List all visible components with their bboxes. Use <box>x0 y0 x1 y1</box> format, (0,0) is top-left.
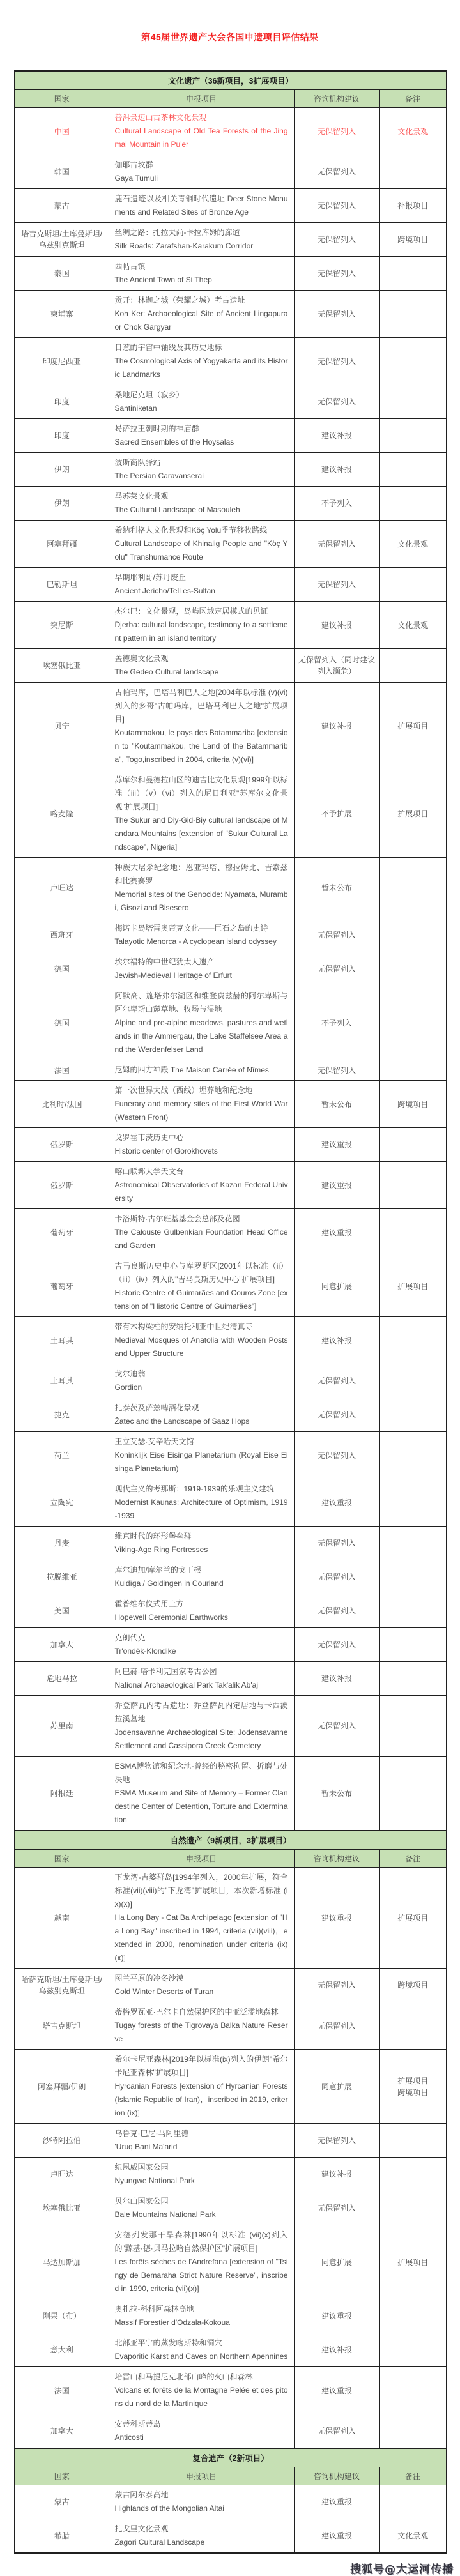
country-cell: 越南 <box>15 1868 109 1969</box>
remark-cell: 文化景观 <box>379 602 447 649</box>
project-line: 曷萨拉王朝时期的神庙群 <box>115 422 288 436</box>
project-line: 维京时代的环形堡垒群 <box>115 1530 288 1543</box>
remark-cell: 跨境项目 <box>379 1081 447 1128</box>
country-cell: 哈萨克斯坦/土库曼斯坦/乌兹别克斯坦 <box>15 1969 109 2002</box>
table-row: 德国 埃尔福特的中世纪犹太人遗产Jewish-Medieval Heritage… <box>15 952 447 986</box>
project-cell: 带有木构梁柱的安纳托利亚中世纪清真寺Medieval Mosques of An… <box>109 1317 294 1364</box>
remark-cell <box>379 2191 447 2225</box>
table-row: 埃塞俄比亚 贝尔山国家公园Bale Mountains National Par… <box>15 2191 447 2225</box>
remark-cell <box>379 1560 447 1594</box>
recommendation-cell: 建议重报 <box>294 1209 379 1256</box>
table-row: 泰国 西帖古镇The Ancient Town of Si Thep 无保留列入 <box>15 257 447 291</box>
country-cell: 柬埔寨 <box>15 291 109 338</box>
recommendation-cell: 无保留列入 <box>294 2191 379 2225</box>
project-line: 蒙古阿尔泰高地 <box>115 2488 288 2502</box>
country-cell: 加拿大 <box>15 2414 109 2449</box>
table-row: 俄罗斯 戈罗霍韦茨历史中心Historic center of Gorokhov… <box>15 1128 447 1162</box>
project-line: Ha Long Bay - Cat Ba Archipelago [extens… <box>115 1911 288 1965</box>
project-line: Tr'ondëk-Klondike <box>115 1645 288 1658</box>
page-title: 第45届世界遗产大会各国申遗项目评估结果 <box>0 31 460 43</box>
project-line: 马苏莱文化景观 <box>115 490 288 503</box>
project-line: Alpine and pre-alpine meadows, pastures … <box>115 1016 288 1056</box>
project-cell: 普洱景迈山古茶林文化景观Cultural Landscape of Old Te… <box>109 108 294 155</box>
table-row: 苏里南 乔登萨瓦内考古遗址：乔登萨瓦内定居地与卡西波拉溪墓地Jodensavan… <box>15 1696 447 1757</box>
remark-cell <box>379 952 447 986</box>
country-cell: 印度尼西亚 <box>15 338 109 385</box>
table-row: 蒙古 鹿石遗迹以及相关青铜时代遗址 Deer Stone Monuments a… <box>15 189 447 223</box>
project-line: 带有木构梁柱的安纳托利亚中世纪清真寺 <box>115 1320 288 1334</box>
project-line: Medieval Mosques of Anatolia with Wooden… <box>115 1334 288 1360</box>
table-row: 印度 桑地尼克坦（寂乡）Santiniketan 无保留列入 <box>15 385 447 419</box>
project-cell: 乌鲁克·巴尼·马阿里德'Uruq Bani Ma'arid <box>109 2124 294 2158</box>
table-row: 蒙古 蒙古阿尔泰高地Highlands of the Mongolian Alt… <box>15 2485 447 2519</box>
table-row: 葡萄牙 吉马良斯历史中心与库罗斯区[2001年以标准（ii）（iii）（iv）列… <box>15 1256 447 1317</box>
project-cell: 希尔卡尼亚森林[2019年以标准(ix)列入的伊朗"希尔卡尼亚森林"扩展项目]H… <box>109 2050 294 2124</box>
country-cell: 马达加斯加 <box>15 2225 109 2299</box>
recommendation-cell: 同意扩展 <box>294 1256 379 1317</box>
country-cell: 苏里南 <box>15 1696 109 1757</box>
recommendation-cell: 无保留列入 <box>294 568 379 602</box>
project-line: 桑地尼克坦（寂乡） <box>115 388 288 402</box>
project-line: Zagori Cultural Landscape <box>115 2536 288 2549</box>
project-line: Funerary and memory sites of the First W… <box>115 1097 288 1124</box>
table-row: 贝宁 古帕玛库，巴塔马利巴人之地[2004年以标准 (v)(vi)列入的多哥"古… <box>15 683 447 770</box>
recommendation-cell: 同意扩展 <box>294 2050 379 2124</box>
project-line: 杰尔巴：文化景观，岛屿区域定居模式的见证 <box>115 605 288 618</box>
recommendation-cell: 无保留列入 <box>294 1594 379 1628</box>
project-line: 希纳利格人文化景观和Köç Yolu季节移牧路线 <box>115 524 288 537</box>
project-cell: 王立艾瑟·艾辛哈天文馆Koninklijk Eise Eisinga Plane… <box>109 1432 294 1479</box>
table-row: 埃塞俄比亚 盖德奥文化景观The Gedeo Cultural landscap… <box>15 649 447 683</box>
table-row: 阿根廷 ESMA博物馆和纪念地-曾经的秘密拘留、折磨与处决地ESMA Museu… <box>15 1757 447 1831</box>
col-header-remark: 备注 <box>379 1850 447 1868</box>
project-line: 下龙湾-吉婆群岛[1994年列入，2000年扩展，符合标准(vii)(viii)… <box>115 1871 288 1911</box>
country-cell: 中国 <box>15 108 109 155</box>
remark-cell: 扩展项目 <box>379 683 447 770</box>
project-cell: 霍普维尔仪式用土方Hopewell Ceremonial Earthworks <box>109 1594 294 1628</box>
project-cell: 吉马良斯历史中心与库罗斯区[2001年以标准（ii）（iii）（iv）列入的"吉… <box>109 1256 294 1317</box>
remark-cell: 跨境项目 <box>379 223 447 257</box>
project-cell: 奥扎拉-科科阿森林高地Massif Forestier d'Odzala-Kok… <box>109 2299 294 2333</box>
project-line: Jodensavanne Archaeological Site: Jodens… <box>115 1726 288 1753</box>
project-line: Bale Mountains National Park <box>115 2208 288 2222</box>
remark-cell: 扩展项目 <box>379 1256 447 1317</box>
remark-cell <box>379 2299 447 2333</box>
remark-cell <box>379 1628 447 1662</box>
project-cell: 喀山联邦大学天文台Astronomical Observatories of K… <box>109 1162 294 1209</box>
section-title: 文化遗产（36新项目，3扩展项目） <box>15 71 447 90</box>
project-line: Silk Roads: Zarafshan-Karakum Corridor <box>115 240 288 253</box>
recommendation-cell: 无保留列入 <box>294 1364 379 1398</box>
project-line: Astronomical Observatories of Kazan Fede… <box>115 1178 288 1205</box>
project-line: Koninklijk Eise Eisinga Planetarium (Roy… <box>115 1449 288 1475</box>
project-line: 卡洛斯特·古尔班基基金会总部及花园 <box>115 1212 288 1226</box>
recommendation-cell: 无保留列入 <box>294 952 379 986</box>
country-cell: 蒙古 <box>15 189 109 223</box>
recommendation-cell: 无保留列入 <box>294 1560 379 1594</box>
country-cell: 丹麦 <box>15 1527 109 1560</box>
country-cell: 印度 <box>15 385 109 419</box>
project-line: 戈罗霍韦茨历史中心 <box>115 1131 288 1145</box>
project-cell: 西帖古镇The Ancient Town of Si Thep <box>109 257 294 291</box>
country-cell: 立陶宛 <box>15 1479 109 1527</box>
remark-cell: 扩展项目 跨境项目 <box>379 2050 447 2124</box>
project-line: 乌鲁克·巴尼·马阿里德 <box>115 2127 288 2140</box>
project-cell: 种族大屠杀纪念地：恩亚玛塔、穆拉姆比、吉索兹和比赛赛罗Memorial site… <box>109 858 294 918</box>
country-cell: 法国 <box>15 1060 109 1081</box>
recommendation-cell: 无保留列入 <box>294 338 379 385</box>
project-line: ESMA Museum and Site of Memory – Former … <box>115 1787 288 1827</box>
col-header-recommendation: 咨询机构建议 <box>294 90 379 108</box>
table-row: 丹麦 维京时代的环形堡垒群Viking-Age Ring Fortresses … <box>15 1527 447 1560</box>
remark-cell <box>379 2002 447 2050</box>
project-line: 克朗代克 <box>115 1631 288 1645</box>
project-line: Anticosti <box>115 2431 288 2444</box>
country-cell: 塔吉克斯坦/土库曼斯坦/乌兹别克斯坦 <box>15 223 109 257</box>
project-cell: 安蒂科斯蒂岛Anticosti <box>109 2414 294 2449</box>
table-row: 土耳其 戈尔迪翁Gordion 无保留列入 <box>15 1364 447 1398</box>
remark-cell <box>379 1364 447 1398</box>
col-header-project: 申报项目 <box>109 2467 294 2485</box>
project-line: 'Uruq Bani Ma'arid <box>115 2140 288 2154</box>
table-row: 葡萄牙 卡洛斯特·古尔班基基金会总部及花园The Calouste Gulben… <box>15 1209 447 1256</box>
remark-cell <box>379 487 447 521</box>
remark-cell <box>379 419 447 453</box>
project-line: Žatec and the Landscape of Saaz Hops <box>115 1415 288 1428</box>
country-cell: 塔吉克斯坦 <box>15 2002 109 2050</box>
project-cell: 丝绸之路：扎拉夫尚-卡拉库姆的廊道Silk Roads: Zarafshan-K… <box>109 223 294 257</box>
table-row: 塔吉克斯坦 蒂格罗瓦亚·巴尔卡自然保护区的中亚泛滥地森林Tugay forest… <box>15 2002 447 2050</box>
country-cell: 阿根廷 <box>15 1757 109 1831</box>
remark-cell: 补报项目 <box>379 189 447 223</box>
remark-cell: 扩展项目 <box>379 1868 447 1969</box>
project-line: 贝尔山国家公园 <box>115 2195 288 2208</box>
recommendation-cell: 无保留列入 <box>294 1969 379 2002</box>
project-line: 扎泰茨及萨兹啤酒花景观 <box>115 1401 288 1415</box>
section-title: 自然遗产（9新项目，3扩展项目） <box>15 1831 447 1850</box>
recommendation-cell: 暂未公布 <box>294 1757 379 1831</box>
recommendation-cell: 建议补报 <box>294 2158 379 2191</box>
project-line: 霍普维尔仪式用土方 <box>115 1597 288 1611</box>
remark-cell <box>379 291 447 338</box>
table-row: 阿塞拜疆 希纳利格人文化景观和Köç Yolu季节移牧路线Cultural La… <box>15 521 447 568</box>
country-cell: 西班牙 <box>15 918 109 952</box>
country-cell: 法国 <box>15 2367 109 2414</box>
table-row: 韩国 伽耶古坟群Gaya Tumuli 无保留列入 <box>15 155 447 189</box>
project-line: Gordion <box>115 1381 288 1394</box>
project-cell: 杰尔巴：文化景观，岛屿区域定居模式的见证Djerba: cultural lan… <box>109 602 294 649</box>
project-line: Hyrcanian Forests [extension of Hyrcania… <box>115 2080 288 2120</box>
recommendation-cell: 建议重报 <box>294 2299 379 2333</box>
project-line: Historic center of Gorokhovets <box>115 1145 288 1158</box>
remark-cell <box>379 2158 447 2191</box>
country-cell: 沙特阿拉伯 <box>15 2124 109 2158</box>
project-line: 阿默高、施塔弗尔湖区和维登费兹赫的阿尔卑斯与阿尔卑斯山麓草地、牧场与湿地 <box>115 989 288 1016</box>
watermark: 搜狐号@大运河传播 <box>350 2560 454 2576</box>
project-line: 纽恩威国家公园 <box>115 2161 288 2174</box>
project-cell: 北部亚平宁的蒸发喀斯特和洞穴Evaporitic Karst and Caves… <box>109 2333 294 2367</box>
col-header-recommendation: 咨询机构建议 <box>294 2467 379 2485</box>
project-line: 盖德奥文化景观 <box>115 652 288 666</box>
recommendation-cell: 无保留列入 <box>294 385 379 419</box>
project-line: Evaporitic Karst and Caves on Northern A… <box>115 2350 288 2363</box>
table-row: 捷克 扎泰茨及萨兹啤酒花景观Žatec and the Landscape of… <box>15 1398 447 1432</box>
recommendation-cell: 无保留列入 <box>294 521 379 568</box>
project-line: Talayotic Menorca - A cyclopean island o… <box>115 935 288 949</box>
table-row: 刚果（布） 奥扎拉-科科阿森林高地Massif Forestier d'Odza… <box>15 2299 447 2333</box>
remark-cell <box>379 2124 447 2158</box>
recommendation-cell: 建议补报 <box>294 602 379 649</box>
country-cell: 葡萄牙 <box>15 1256 109 1317</box>
country-cell: 刚果（布） <box>15 2299 109 2333</box>
project-cell: 贝尔山国家公园Bale Mountains National Park <box>109 2191 294 2225</box>
table-row: 意大利 北部亚平宁的蒸发喀斯特和洞穴Evaporitic Karst and C… <box>15 2333 447 2367</box>
project-line: Modernist Kaunas: Architecture of Optimi… <box>115 1496 288 1523</box>
project-line: Ancient Jericho/Tell es-Sultan <box>115 584 288 598</box>
table-row: 卢旺达 纽恩威国家公园Nyungwe National Park 建议补报 <box>15 2158 447 2191</box>
table-row: 阿塞拜疆/伊朗 希尔卡尼亚森林[2019年以标准(ix)列入的伊朗"希尔卡尼亚森… <box>15 2050 447 2124</box>
project-line: 现代主义的考那斯：1919-1939的乐观主义建筑 <box>115 1482 288 1496</box>
table-row: 加拿大 安蒂科斯蒂岛Anticosti 无保留列入 <box>15 2414 447 2449</box>
country-cell: 德国 <box>15 986 109 1060</box>
remark-cell <box>379 257 447 291</box>
country-cell: 蒙古 <box>15 2485 109 2519</box>
remark-cell <box>379 2414 447 2449</box>
recommendation-cell: 无保留列入 <box>294 155 379 189</box>
remark-cell: 文化景观 <box>379 521 447 568</box>
project-cell: 蒙古阿尔泰高地Highlands of the Mongolian Altai <box>109 2485 294 2519</box>
country-cell: 美国 <box>15 1594 109 1628</box>
project-line: Koh Ker: Archaeological Site of Ancient … <box>115 307 288 334</box>
project-line: 库尔迪加/库尔兰的戈丁根 <box>115 1564 288 1577</box>
recommendation-cell: 无保留列入（同时建议列入濒危） <box>294 649 379 683</box>
project-line: 安德列发那干旱森林[1990年以标准 (vii)(x)列入的"黥基·德·贝马拉哈… <box>115 2229 288 2255</box>
project-line: Hopewell Ceremonial Earthworks <box>115 1611 288 1624</box>
recommendation-cell: 建议重报 <box>294 2485 379 2519</box>
recommendation-cell: 无保留列入 <box>294 1398 379 1432</box>
col-header-country: 国家 <box>15 2467 109 2485</box>
project-line: 普洱景迈山古茶林文化景观 <box>115 111 288 125</box>
project-line: 丝绸之路：扎拉夫尚-卡拉库姆的廊道 <box>115 226 288 240</box>
remark-cell <box>379 2367 447 2414</box>
project-cell: 维京时代的环形堡垒群Viking-Age Ring Fortresses <box>109 1527 294 1560</box>
project-cell: 埃尔福特的中世纪犹太人遗产Jewish-Medieval Heritage of… <box>109 952 294 986</box>
project-cell: 尼姆的四方神殿 The Maison Carrée of Nîmes <box>109 1060 294 1081</box>
project-line: 日惹的宇宙中轴线及其历史地标 <box>115 341 288 354</box>
project-line: Cultural Landscape of Old Tea Forests of… <box>115 125 288 151</box>
remark-cell <box>379 1060 447 1081</box>
project-cell: 阿默高、施塔弗尔湖区和维登费兹赫的阿尔卑斯与阿尔卑斯山麓草地、牧场与湿地Alpi… <box>109 986 294 1060</box>
col-header-recommendation: 咨询机构建议 <box>294 1850 379 1868</box>
project-cell: 阿巴赫·塔卡利克国家考古公园National Archaeological Pa… <box>109 1662 294 1696</box>
project-line: Koutammakou, le pays des Batammariba [ex… <box>115 726 288 766</box>
recommendation-cell: 建议补报 <box>294 683 379 770</box>
country-cell: 俄罗斯 <box>15 1162 109 1209</box>
project-line: 鹿石遗迹以及相关青铜时代遗址 Deer Stone Monuments and … <box>115 192 288 219</box>
column-header-row: 国家 申报项目 咨询机构建议 备注 <box>15 2467 447 2485</box>
project-line: 图兰平原的冷冬沙漠 <box>115 1972 288 1985</box>
project-cell: 戈罗霍韦茨历史中心Historic center of Gorokhovets <box>109 1128 294 1162</box>
section-header-row: 复合遗产（2新项目） <box>15 2448 447 2467</box>
table-row: 美国 霍普维尔仪式用土方Hopewell Ceremonial Earthwor… <box>15 1594 447 1628</box>
remark-cell <box>379 1317 447 1364</box>
project-cell: 苏库尔和曼德拉山区的迪吉比文化景观[1999年以标准（iii）（v）（vi）列入… <box>109 770 294 858</box>
table-row: 印度 曷萨拉王朝时期的神庙群Sacred Ensembles of the Ho… <box>15 419 447 453</box>
project-line: Tugay forests of the Tigrovaya Balka Nat… <box>115 2019 288 2046</box>
table-row: 卢旺达 种族大屠杀纪念地：恩亚玛塔、穆拉姆比、吉索兹和比赛赛罗Memorial … <box>15 858 447 918</box>
project-cell: 曷萨拉王朝时期的神庙群Sacred Ensembles of the Hoysa… <box>109 419 294 453</box>
heritage-table-body: 文化遗产（36新项目，3扩展项目） 国家 申报项目 咨询机构建议 备注 中国 普… <box>15 71 447 2553</box>
table-row: 荷兰 王立艾瑟·艾辛哈天文馆Koninklijk Eise Eisinga Pl… <box>15 1432 447 1479</box>
project-line: The Calouste Gulbenkian Foundation Head … <box>115 1226 288 1253</box>
remark-cell <box>379 918 447 952</box>
country-cell: 俄罗斯 <box>15 1128 109 1162</box>
project-line: 尼姆的四方神殿 The Maison Carrée of Nîmes <box>115 1063 288 1077</box>
project-line: The Ancient Town of Si Thep <box>115 273 288 287</box>
table-row: 喀麦隆 苏库尔和曼德拉山区的迪吉比文化景观[1999年以标准（iii）（v）（v… <box>15 770 447 858</box>
project-line: National Archaeological Park Tak'alik Ab… <box>115 1679 288 1692</box>
project-line: 苏库尔和曼德拉山区的迪吉比文化景观[1999年以标准（iii）（v）（vi）列入… <box>115 774 288 814</box>
remark-cell: 文化景观 <box>379 2519 447 2554</box>
project-line: The Cultural Landscape of Masouleh <box>115 503 288 517</box>
project-line: Les forêts sèches de l'Andrefana [extens… <box>115 2255 288 2296</box>
project-cell: 波斯商队驿站The Persian Caravanserai <box>109 453 294 487</box>
table-row: 西班牙 梅诺卡岛塔雷奥帝克文化——巨石之岛的史诗Talayotic Menorc… <box>15 918 447 952</box>
table-row: 中国 普洱景迈山古茶林文化景观Cultural Landscape of Old… <box>15 108 447 155</box>
country-cell: 阿塞拜疆/伊朗 <box>15 2050 109 2124</box>
country-cell: 意大利 <box>15 2333 109 2367</box>
country-cell: 希腊 <box>15 2519 109 2554</box>
project-cell: 希纳利格人文化景观和Köç Yolu季节移牧路线Cultural Landsca… <box>109 521 294 568</box>
recommendation-cell: 无保留列入 <box>294 2002 379 2050</box>
recommendation-cell: 建议重报 <box>294 2519 379 2554</box>
recommendation-cell: 无保留列入 <box>294 189 379 223</box>
remark-cell <box>379 155 447 189</box>
remark-cell <box>379 1662 447 1696</box>
project-line: 阿巴赫·塔卡利克国家考古公园 <box>115 1665 288 1679</box>
project-cell: 扎泰茨及萨兹啤酒花景观Žatec and the Landscape of Sa… <box>109 1398 294 1432</box>
remark-cell <box>379 568 447 602</box>
project-cell: 戈尔迪翁Gordion <box>109 1364 294 1398</box>
country-cell: 土耳其 <box>15 1364 109 1398</box>
project-line: The Sukur and Diy-Gid-Biy cultural lands… <box>115 814 288 854</box>
project-line: 西帖古镇 <box>115 260 288 273</box>
project-line: 安蒂科斯蒂岛 <box>115 2418 288 2431</box>
table-row: 危地马拉 阿巴赫·塔卡利克国家考古公园National Archaeologic… <box>15 1662 447 1696</box>
recommendation-cell: 不予扩展 <box>294 770 379 858</box>
project-cell: 伽耶古坟群Gaya Tumuli <box>109 155 294 189</box>
section-header-row: 文化遗产（36新项目，3扩展项目） <box>15 71 447 90</box>
project-line: 贡开：林迦之城（荣耀之城）考古遗址 <box>115 294 288 307</box>
country-cell: 贝宁 <box>15 683 109 770</box>
table-row: 立陶宛 现代主义的考那斯：1919-1939的乐观主义建筑Modernist K… <box>15 1479 447 1527</box>
remark-cell <box>379 1209 447 1256</box>
recommendation-cell: 建议重报 <box>294 1868 379 1969</box>
project-cell: 下龙湾-吉婆群岛[1994年列入，2000年扩展，符合标准(vii)(viii)… <box>109 1868 294 1969</box>
col-header-project: 申报项目 <box>109 1850 294 1868</box>
project-cell: 现代主义的考那斯：1919-1939的乐观主义建筑Modernist Kauna… <box>109 1479 294 1527</box>
project-line: The Gedeo Cultural landscape <box>115 666 288 679</box>
project-cell: 卡洛斯特·古尔班基基金会总部及花园The Calouste Gulbenkian… <box>109 1209 294 1256</box>
project-line: 古帕玛库，巴塔马利巴人之地[2004年以标准 (v)(vi)列入的多哥"古帕玛库… <box>115 686 288 726</box>
project-line: The Persian Caravanserai <box>115 469 288 483</box>
project-line: 北部亚平宁的蒸发喀斯特和洞穴 <box>115 2336 288 2350</box>
col-header-country: 国家 <box>15 90 109 108</box>
country-cell: 荷兰 <box>15 1432 109 1479</box>
recommendation-cell: 不予列入 <box>294 487 379 521</box>
project-line: 希尔卡尼亚森林[2019年以标准(ix)列入的伊朗"希尔卡尼亚森林"扩展项目] <box>115 2053 288 2080</box>
remark-cell <box>379 2485 447 2519</box>
project-line: 蒂格罗瓦亚·巴尔卡自然保护区的中亚泛滥地森林 <box>115 2006 288 2019</box>
project-line: 乔登萨瓦内考古遗址：乔登萨瓦内定居地与卡西波拉溪墓地 <box>115 1699 288 1726</box>
project-cell: 日惹的宇宙中轴线及其历史地标The Cosmological Axis of Y… <box>109 338 294 385</box>
remark-cell: 跨境项目 <box>379 1969 447 2002</box>
project-line: Kuldīga / Goldingen in Courland <box>115 1577 288 1590</box>
table-row: 法国 培雷山和马提尼克北部山峰的火山和森林Volcans et forêts d… <box>15 2367 447 2414</box>
country-cell: 泰国 <box>15 257 109 291</box>
recommendation-cell: 无保留列入 <box>294 1060 379 1081</box>
table-row: 德国 阿默高、施塔弗尔湖区和维登费兹赫的阿尔卑斯与阿尔卑斯山麓草地、牧场与湿地A… <box>15 986 447 1060</box>
remark-cell <box>379 385 447 419</box>
table-row: 加拿大 克朗代克Tr'ondëk-Klondike 无保留列入 <box>15 1628 447 1662</box>
remark-cell <box>379 1594 447 1628</box>
remark-cell <box>379 649 447 683</box>
remark-cell: 扩展项目 <box>379 770 447 858</box>
remark-cell <box>379 1757 447 1831</box>
recommendation-cell: 无保留列入 <box>294 1527 379 1560</box>
remark-cell <box>379 338 447 385</box>
project-cell: 梅诺卡岛塔雷奥帝克文化——巨石之岛的史诗Talayotic Menorca - … <box>109 918 294 952</box>
column-header-row: 国家 申报项目 咨询机构建议 备注 <box>15 1850 447 1868</box>
page: 第45届世界遗产大会各国申遗项目评估结果 文化遗产（36新项目，3扩展项目） 国… <box>0 0 460 2554</box>
remark-cell <box>379 1432 447 1479</box>
project-cell: 贡开：林迦之城（荣耀之城）考古遗址Koh Ker: Archaeological… <box>109 291 294 338</box>
project-cell: 安德列发那干旱森林[1990年以标准 (vii)(x)列入的"黥基·德·贝马拉哈… <box>109 2225 294 2299</box>
country-cell: 卢旺达 <box>15 2158 109 2191</box>
recommendation-cell: 建议重报 <box>294 2367 379 2414</box>
section-title: 复合遗产（2新项目） <box>15 2448 447 2467</box>
table-row: 土耳其 带有木构梁柱的安纳托利亚中世纪清真寺Medieval Mosques o… <box>15 1317 447 1364</box>
project-line: 奥扎拉-科科阿森林高地 <box>115 2303 288 2316</box>
table-row: 比利时/法国 第一次世界大战（西线）埋葬地和纪念地Funerary and me… <box>15 1081 447 1128</box>
remark-cell <box>379 986 447 1060</box>
project-line: The Cosmological Axis of Yogyakarta and … <box>115 354 288 381</box>
table-row: 拉脱维亚 库尔迪加/库尔兰的戈丁根Kuldīga / Goldingen in … <box>15 1560 447 1594</box>
project-cell: 鹿石遗迹以及相关青铜时代遗址 Deer Stone Monuments and … <box>109 189 294 223</box>
project-line: 喀山联邦大学天文台 <box>115 1165 288 1178</box>
project-line: 吉马良斯历史中心与库罗斯区[2001年以标准（ii）（iii）（iv）列入的"吉… <box>115 1260 288 1286</box>
recommendation-cell: 无保留列入 <box>294 1432 379 1479</box>
project-line: Viking-Age Ring Fortresses <box>115 1543 288 1557</box>
country-cell: 德国 <box>15 952 109 986</box>
recommendation-cell: 无保留列入 <box>294 918 379 952</box>
country-cell: 突尼斯 <box>15 602 109 649</box>
remark-cell: 文化景观 <box>379 108 447 155</box>
project-line: Memorial sites of the Genocide: Nyamata,… <box>115 888 288 915</box>
project-line: Santiniketan <box>115 402 288 415</box>
table-row: 沙特阿拉伯 乌鲁克·巴尼·马阿里德'Uruq Bani Ma'arid 无保留列… <box>15 2124 447 2158</box>
recommendation-cell: 建议补报 <box>294 2333 379 2367</box>
recommendation-cell: 暂未公布 <box>294 858 379 918</box>
project-line: Massif Forestier d'Odzala-Kokoua <box>115 2316 288 2329</box>
remark-cell <box>379 858 447 918</box>
project-cell: 早期耶利哥/苏丹废丘Ancient Jericho/Tell es-Sultan <box>109 568 294 602</box>
country-cell: 印度 <box>15 419 109 453</box>
country-cell: 埃塞俄比亚 <box>15 2191 109 2225</box>
col-header-remark: 备注 <box>379 2467 447 2485</box>
recommendation-cell: 建议补报 <box>294 453 379 487</box>
table-row: 俄罗斯 喀山联邦大学天文台Astronomical Observatories … <box>15 1162 447 1209</box>
